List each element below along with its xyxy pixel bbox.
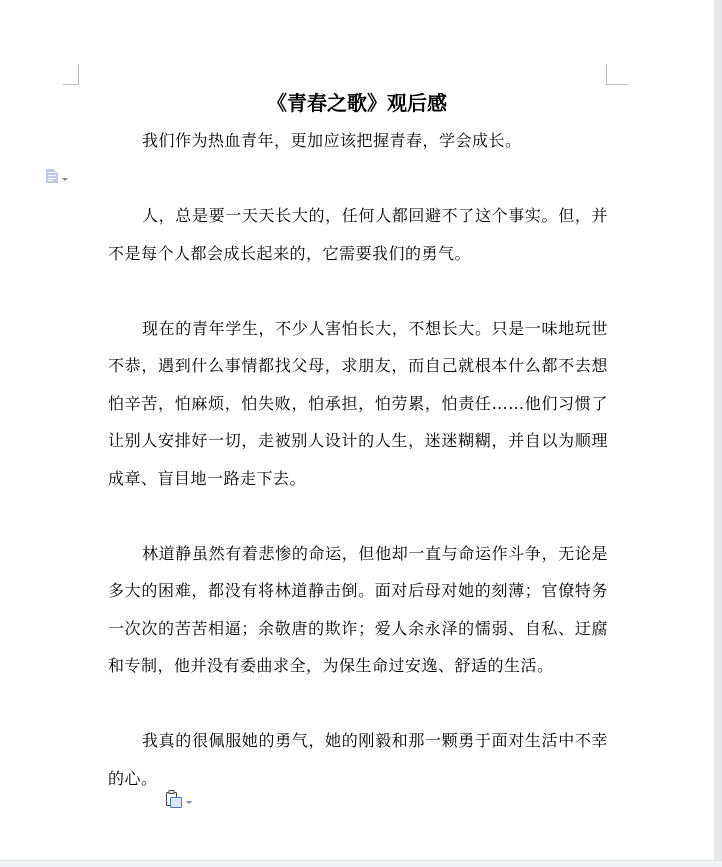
document-page[interactable]: 《青春之歌》观后感 我们作为热血青年，更加应该把握青春，学会成长。 人，总是要一… [0,0,714,860]
blank-line [108,685,608,723]
blank-line [108,497,608,535]
paragraph: 我们作为热血青年，更加应该把握青春，学会成长。 [108,122,608,160]
paragraph: 我真的很佩服她的勇气，她的刚毅和那一颗勇于面对生活中不幸的心。 [108,722,608,797]
blank-line [108,160,608,198]
document-viewport: 《青春之歌》观后感 我们作为热血青年，更加应该把握青春，学会成长。 人，总是要一… [0,0,722,867]
top-right-margin-mark [606,64,628,85]
clipboard-paste-icon [166,790,182,813]
document-title: 《青春之歌》观后感 [108,88,606,118]
paste-options-button[interactable] [166,790,192,813]
chevron-down-icon [62,178,68,181]
chevron-down-icon [186,801,192,804]
page-bottom-gutter [0,860,722,867]
paragraph: 现在的青年学生，不少人害怕长大，不想长大。只是一味地玩世不恭，遇到什么事情都找父… [108,310,608,498]
document-body[interactable]: 我们作为热血青年，更加应该把握青春，学会成长。 人，总是要一天天长大的，任何人都… [108,122,608,797]
vertical-scroll-gutter[interactable] [714,0,722,860]
top-left-margin-mark [63,64,79,85]
document-icon [46,169,58,188]
paragraph-layout-button[interactable] [46,169,68,188]
paragraph: 人，总是要一天天长大的，任何人都回避不了这个事实。但，并不是每个人都会成长起来的… [108,197,608,272]
blank-line [108,272,608,310]
paragraph: 林道静虽然有着悲惨的命运，但他却一直与命运作斗争，无论是多大的困难，都没有将林道… [108,535,608,685]
